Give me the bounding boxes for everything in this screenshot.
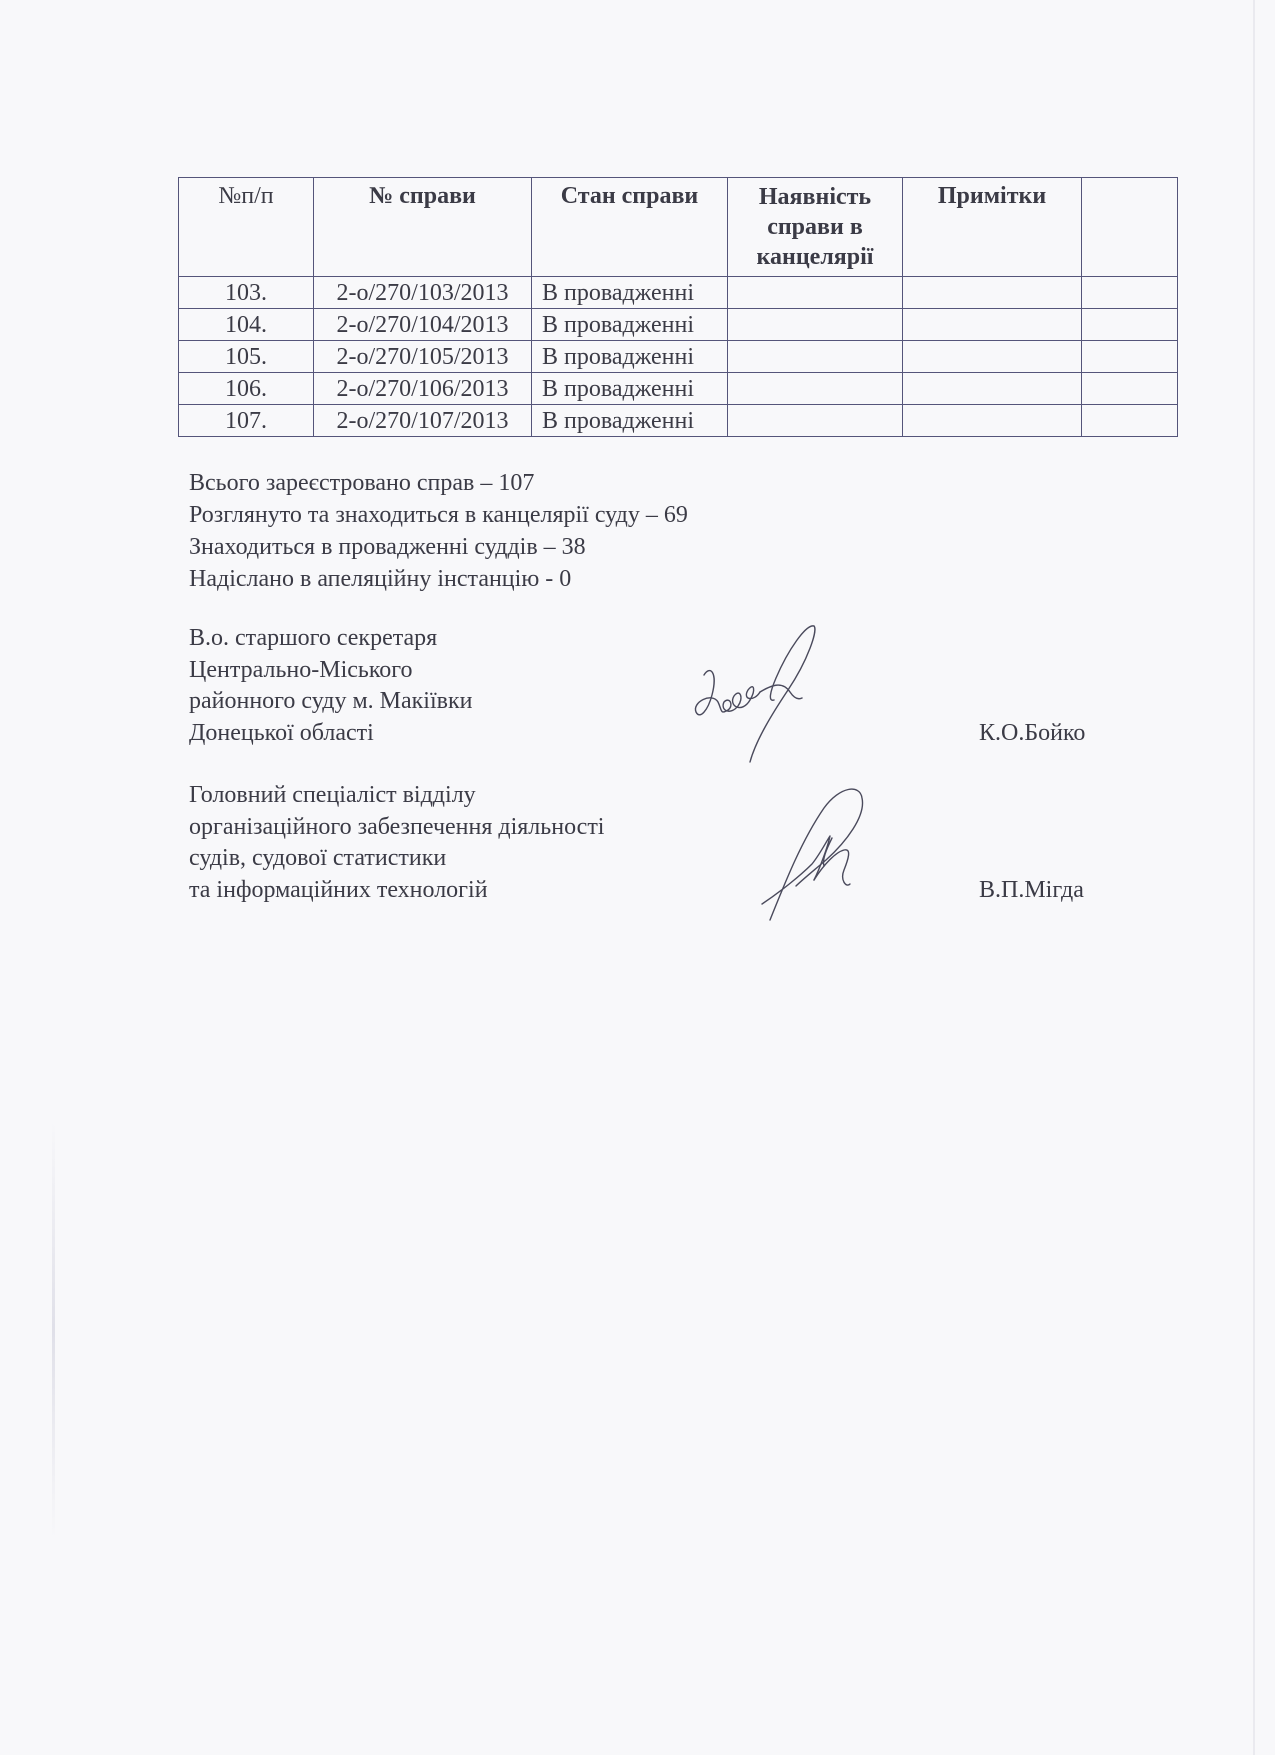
header-index: №п/п <box>179 178 314 277</box>
signatory-position-line: Центрально-Міського <box>189 655 472 687</box>
cell-case-number: 2-о/270/107/2013 <box>314 405 532 437</box>
cell-in-office <box>728 405 903 437</box>
cell-extra <box>1082 309 1178 341</box>
scan-artifact-right <box>1253 0 1255 1755</box>
signatory-name: В.П.Мігда <box>979 877 1084 904</box>
cell-index: 103. <box>179 277 314 309</box>
handwritten-signature-icon <box>750 780 880 925</box>
signatory-position-line: Головний спеціаліст відділу <box>189 780 604 812</box>
signatory-position-line: районного суду м. Макіївки <box>189 686 472 718</box>
cell-case-state: В провадженні <box>532 341 728 373</box>
cell-case-state: В провадженні <box>532 309 728 341</box>
cell-notes <box>903 373 1082 405</box>
header-case-state: Стан справи <box>532 178 728 277</box>
summary-reviewed-in-office: Розглянуто та знаходиться в канцелярії с… <box>189 499 688 531</box>
cell-extra <box>1082 373 1178 405</box>
signatory-position-line: та інформаційних технологій <box>189 875 604 907</box>
summary-sent-to-appeal: Надіслано в апеляційну інстанцію - 0 <box>189 563 688 595</box>
cell-case-number: 2-о/270/105/2013 <box>314 341 532 373</box>
table-row: 106. 2-о/270/106/2013 В провадженні <box>179 373 1178 405</box>
cell-case-number: 2-о/270/106/2013 <box>314 373 532 405</box>
signatory-position: Головний спеціаліст відділу організаційн… <box>189 780 604 906</box>
cell-extra <box>1082 341 1178 373</box>
cell-notes <box>903 277 1082 309</box>
table-row: 107. 2-о/270/107/2013 В провадженні <box>179 405 1178 437</box>
cell-case-state: В провадженні <box>532 373 728 405</box>
summary-block: Всього зареєстровано справ – 107 Розглян… <box>189 467 688 595</box>
header-in-office-line: канцелярії <box>728 242 902 272</box>
signatory-position-line: судів, судової статистики <box>189 843 604 875</box>
header-case-number: № справи <box>314 178 532 277</box>
cell-case-number: 2-о/270/104/2013 <box>314 309 532 341</box>
signatory-position-line: Донецької області <box>189 718 472 750</box>
cell-in-office <box>728 341 903 373</box>
signatory-name: К.О.Бойко <box>979 720 1085 747</box>
summary-in-judges-proceedings: Знаходиться в провадженні суддів – 38 <box>189 531 688 563</box>
cell-index: 105. <box>179 341 314 373</box>
cell-index: 106. <box>179 373 314 405</box>
header-extra <box>1082 178 1178 277</box>
cell-extra <box>1082 277 1178 309</box>
cases-table: №п/п № справи Стан справи Наявність спра… <box>178 177 1178 437</box>
cell-in-office <box>728 309 903 341</box>
cell-index: 104. <box>179 309 314 341</box>
summary-total-registered: Всього зареєстровано справ – 107 <box>189 467 688 499</box>
header-in-office-line: справи в <box>728 212 902 242</box>
cell-case-number: 2-о/270/103/2013 <box>314 277 532 309</box>
cell-index: 107. <box>179 405 314 437</box>
cell-in-office <box>728 373 903 405</box>
signatory-position-line: організаційного забезпечення діяльності <box>189 812 604 844</box>
table-row: 103. 2-о/270/103/2013 В провадженні <box>179 277 1178 309</box>
cell-notes <box>903 341 1082 373</box>
cell-case-state: В провадженні <box>532 277 728 309</box>
cell-notes <box>903 309 1082 341</box>
scan-artifact-left <box>52 1120 55 1540</box>
table-header-row: №п/п № справи Стан справи Наявність спра… <box>179 178 1178 277</box>
header-notes: Примітки <box>903 178 1082 277</box>
header-in-office: Наявність справи в канцелярії <box>728 178 903 277</box>
header-in-office-line: Наявність <box>728 182 902 212</box>
cell-notes <box>903 405 1082 437</box>
cell-extra <box>1082 405 1178 437</box>
signatory-position-line: В.о. старшого секретаря <box>189 623 472 655</box>
signatory-position: В.о. старшого секретаря Центрально-Міськ… <box>189 623 472 749</box>
table-row: 104. 2-о/270/104/2013 В провадженні <box>179 309 1178 341</box>
cell-case-state: В провадженні <box>532 405 728 437</box>
handwritten-signature-icon <box>690 620 830 765</box>
table-row: 105. 2-о/270/105/2013 В провадженні <box>179 341 1178 373</box>
cell-in-office <box>728 277 903 309</box>
